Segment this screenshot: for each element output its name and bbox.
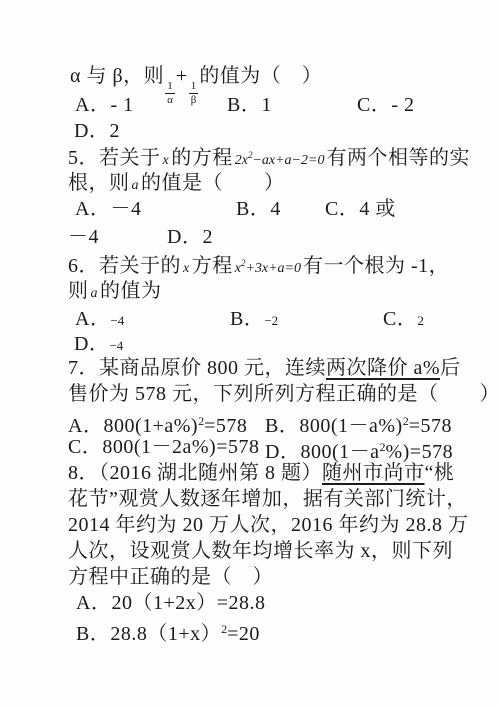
q7-stem2: 售价为 578 元，下列所列方程正确的是（ ） xyxy=(68,383,499,405)
q4-option-a: A．- 1 xyxy=(75,92,134,118)
equation-part: −ax+a−2=0 xyxy=(252,153,324,168)
option-value: 2 xyxy=(417,313,424,328)
q8-stem4: 人次，设观赏人数年均增长率为 x，则下列 xyxy=(68,540,453,562)
q8-stem-line-5: 方程中正确的是（ ） xyxy=(68,564,472,590)
fraction-numerator: 1 xyxy=(165,80,175,94)
q7-stem-line-2: 售价为 578 元，下列所列方程正确的是（ ） xyxy=(68,381,472,407)
q8-stem-pre: 8．（2016 湖北随州第 8 题） xyxy=(68,462,322,484)
q6-stem-pre: 若关于的 xyxy=(99,255,181,277)
option-letter: A． xyxy=(75,308,110,330)
fraction-denominator: α xyxy=(165,94,175,107)
option-text: =20 xyxy=(227,623,260,645)
q5-option-c: C．4 或 xyxy=(325,196,396,222)
q5-option-d: D．2 xyxy=(167,224,213,250)
q8-option-a: A．20（1+2x）=28.8 xyxy=(76,590,266,616)
q7-option-c: C．800(1－2a%)=578 xyxy=(68,434,259,460)
q8-stem-post: “桃 xyxy=(425,462,455,484)
q4-option-b: B．1 xyxy=(227,92,272,118)
q6-number: 6． xyxy=(68,255,99,277)
q8-stem-line-2: 花节”观赏人数逐年增加，据有关部门统计， xyxy=(68,486,472,512)
worksheet-page: α 与 β，则1α+1β的值为（ ） A．- 1 B．1 C．- 2 D．2 5… xyxy=(0,0,499,706)
q8-underlined-phrase: 随州市尚市 xyxy=(322,462,425,484)
q4-stem-suffix: 的值为（ ） xyxy=(199,65,322,87)
q6-option-c: C．2 xyxy=(383,306,424,334)
variable-a: a xyxy=(89,286,101,301)
q5-stem2-pre: 根，则 xyxy=(68,172,130,194)
q4-option-c: C．- 2 xyxy=(357,92,415,118)
variable-x: x xyxy=(161,153,172,168)
q8-stem-line-4: 人次，设观赏人数年均增长率为 x，则下列 xyxy=(68,538,472,564)
q5-option-c-continued: －4 xyxy=(68,224,99,250)
q5-equation: 2x2−ax+a−2=0 xyxy=(233,153,327,168)
q6-stem-line-2: 则a的值为 xyxy=(68,278,472,307)
plus-sign: + xyxy=(176,65,188,87)
option-letter: D． xyxy=(74,333,109,355)
option-letter: C． xyxy=(383,308,417,330)
q7-stem-pre: 7．某商品原价 800 元，连续 xyxy=(68,357,326,379)
q4-option-d: D．2 xyxy=(74,118,120,144)
q8-stem3: 2014 年约为 20 万人次，2016 年约为 28.8 万 xyxy=(68,514,469,536)
fraction-denominator: β xyxy=(189,94,199,107)
q7-stem-post: 后 xyxy=(440,357,461,379)
q5-stem-line-2: 根，则a的值是（ ） xyxy=(68,170,472,199)
q8-stem-line-1: 8．（2016 湖北随州第 8 题）随州市尚市“桃 xyxy=(68,460,472,486)
option-text: B．28.8（1+x） xyxy=(76,623,221,645)
q6-option-b: B．−2 xyxy=(230,306,278,334)
option-value: −2 xyxy=(264,313,278,328)
fraction-numerator: 1 xyxy=(189,80,199,94)
q5-stem-post: 有两个相等的实 xyxy=(326,147,470,169)
fraction-one-over-alpha: 1α xyxy=(165,80,175,106)
equation-part: +3x+a=0 xyxy=(245,261,301,276)
variable-x: x xyxy=(181,261,192,276)
q5-stem-mid: 的方程 xyxy=(171,147,233,169)
q5-number: 5． xyxy=(68,147,99,169)
q5-stem2-post: 的值是（ ） xyxy=(141,172,285,194)
q7-stem-line-1: 7．某商品原价 800 元，连续两次降价 a%后 xyxy=(68,355,472,381)
q5-option-a: A．－4 xyxy=(75,196,141,222)
q6-stem-mid: 方程 xyxy=(192,255,233,277)
option-value: −4 xyxy=(109,338,123,353)
q6-stem2-post: 的值为 xyxy=(100,280,162,302)
q5-stem-pre: 若关于 xyxy=(99,147,161,169)
q6-equation: x2+3x+a=0 xyxy=(233,261,303,276)
q5-option-b: B．4 xyxy=(236,196,281,222)
q4-stem-prefix: α 与 β，则 xyxy=(70,65,164,87)
q8-stem5: 方程中正确的是（ ） xyxy=(68,566,273,588)
q8-stem-line-3: 2014 年约为 20 万人次，2016 年约为 28.8 万 xyxy=(68,512,472,538)
q8-option-b: B．28.8（1+x）2=20 xyxy=(76,616,260,647)
fraction-one-over-beta: 1β xyxy=(189,80,199,106)
q6-stem2-pre: 则 xyxy=(68,280,89,302)
option-letter: B． xyxy=(230,308,264,330)
q6-option-a: A．−4 xyxy=(75,306,124,334)
q7-underlined-phrase: 两次降价 a% xyxy=(326,357,440,379)
q6-stem-post: 有一个根为 -1， xyxy=(303,255,449,277)
q8-stem2: 花节”观赏人数逐年增加，据有关部门统计， xyxy=(68,488,467,510)
equation-part: 2x xyxy=(235,153,248,168)
variable-a: a xyxy=(130,178,142,193)
option-value: −4 xyxy=(110,313,124,328)
